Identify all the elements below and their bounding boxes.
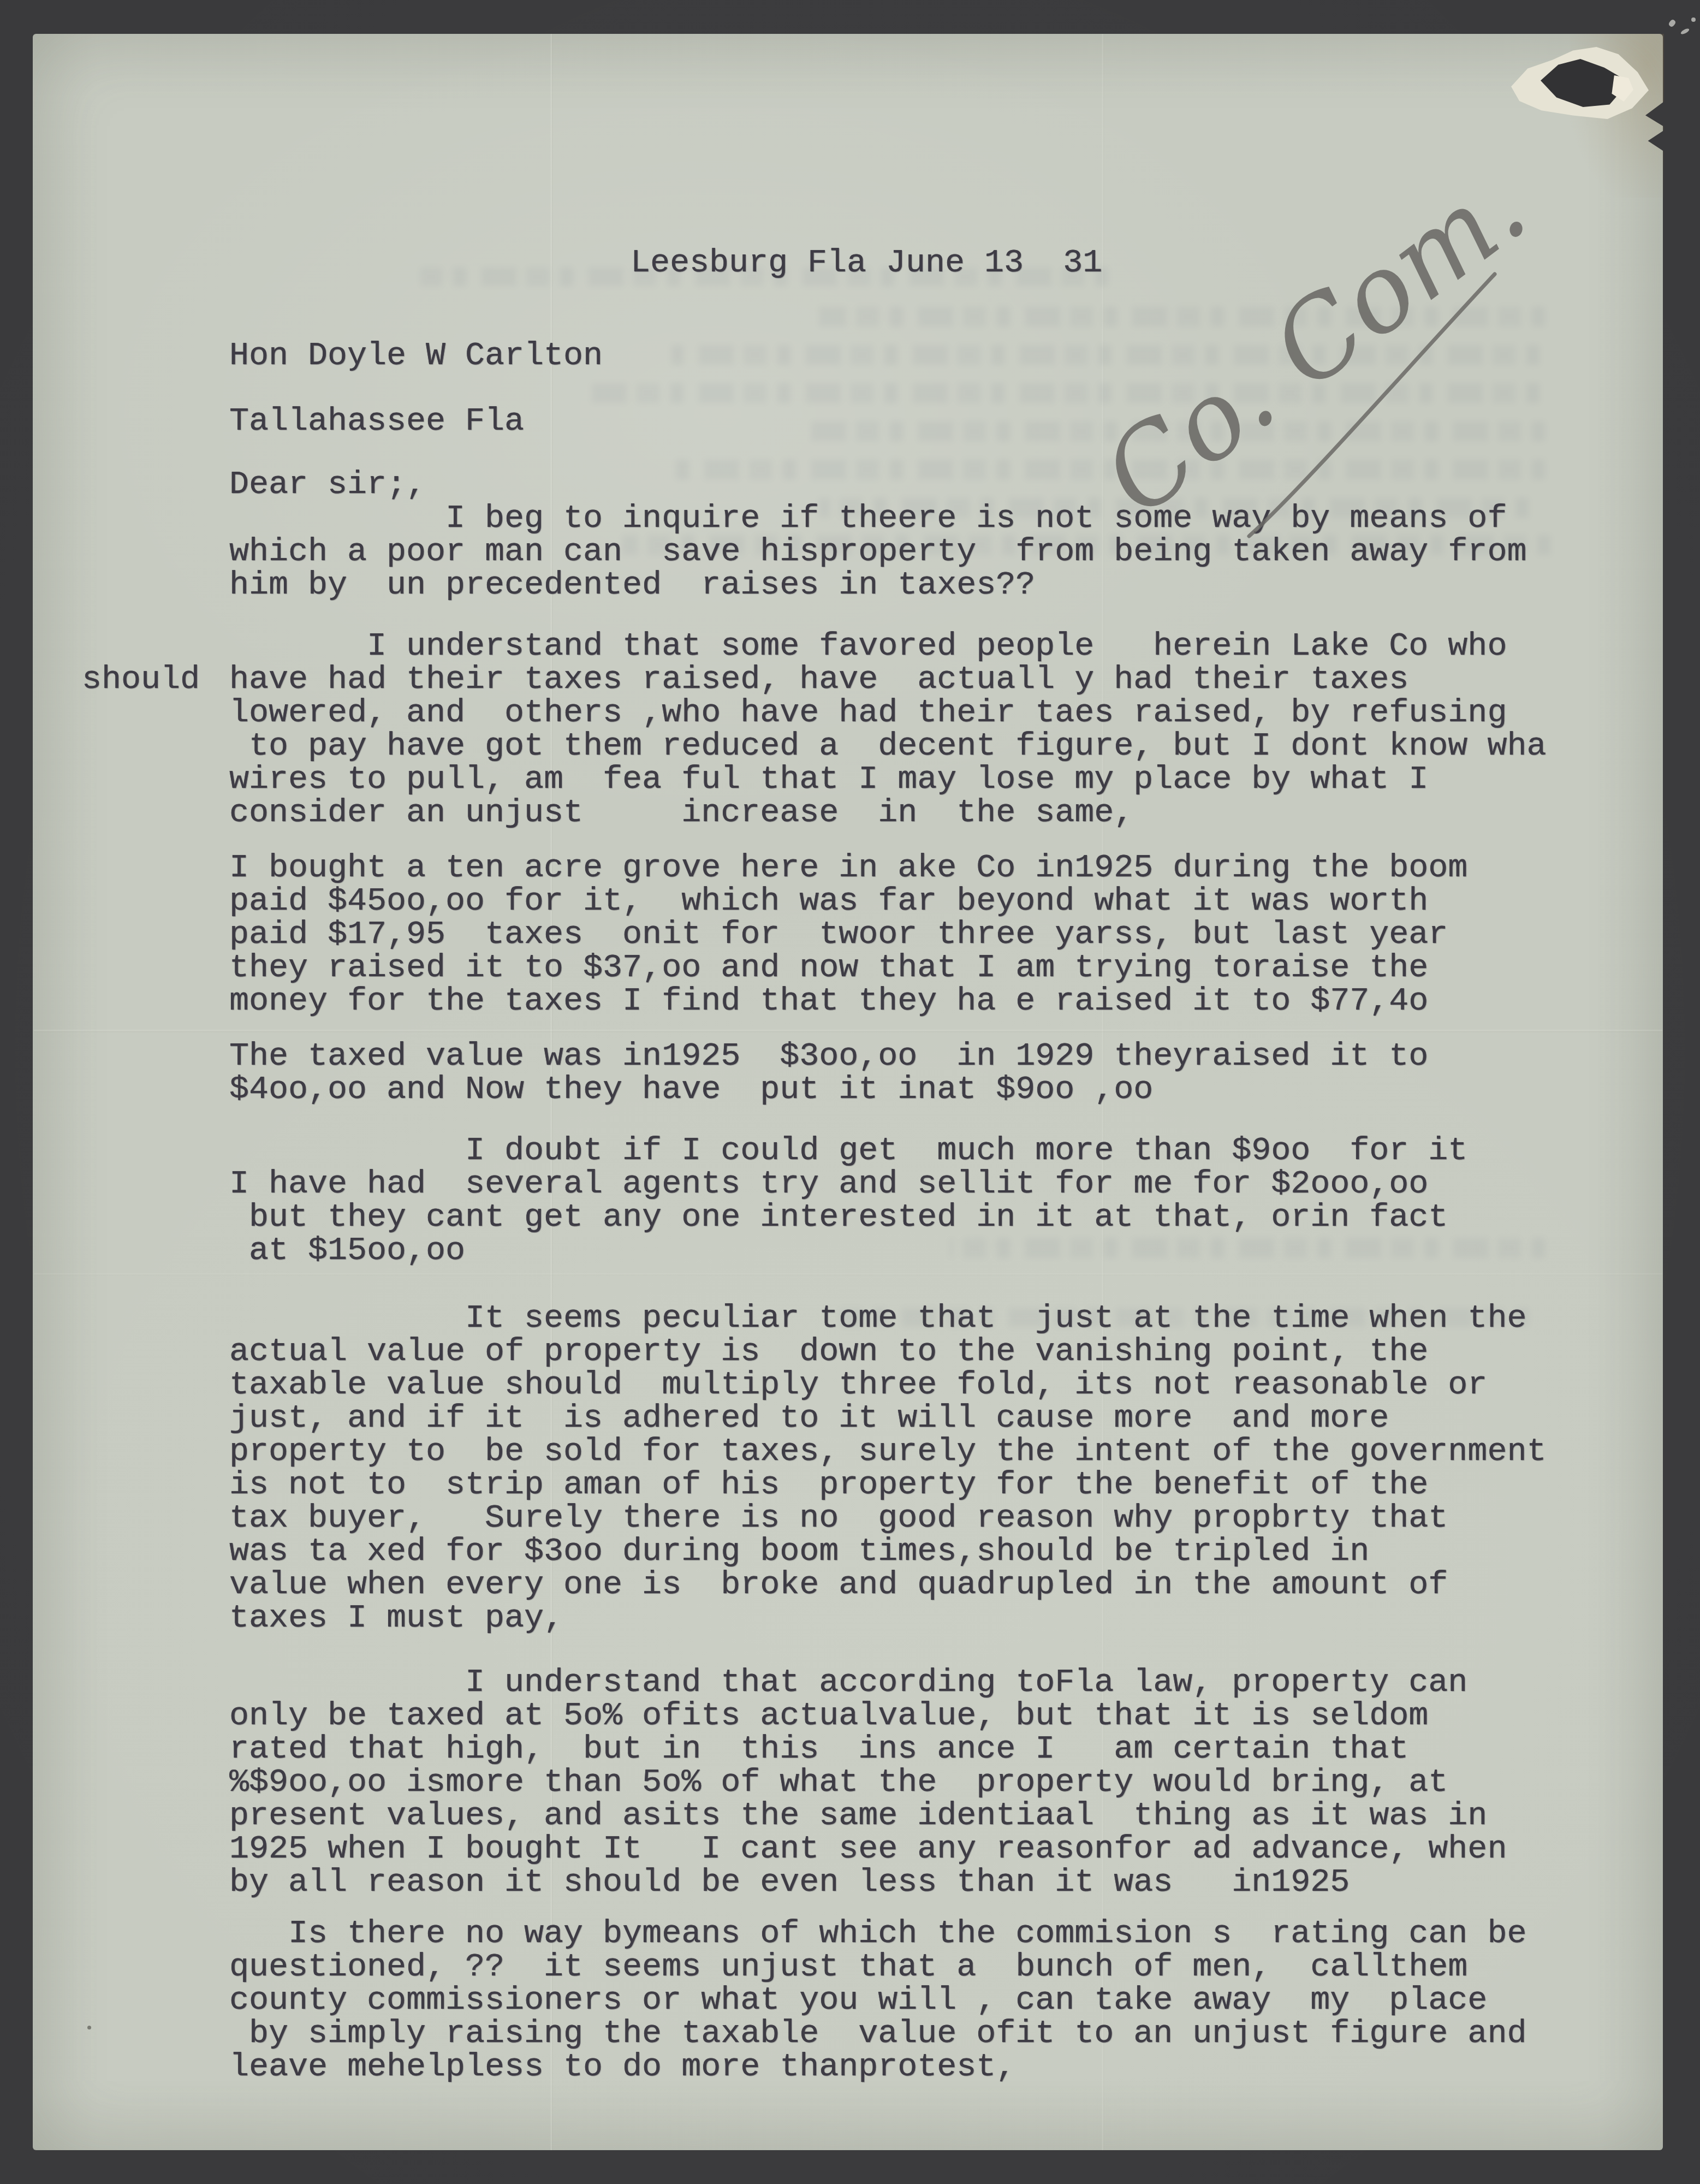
salutation: Dear sir;, xyxy=(229,468,426,502)
paragraph-7: I understand that according toFla law, p… xyxy=(229,1666,1507,1900)
pencil-annotation: Co. Com. xyxy=(1119,175,1512,557)
paragraph-5: I doubt if I could get much more than $9… xyxy=(229,1135,1467,1268)
annotation-text: Co. Com. xyxy=(1081,145,1548,539)
paragraph-2: I understand that some favored people he… xyxy=(229,630,1546,830)
city-line: Tallahassee Fla xyxy=(229,405,524,438)
paragraph-6: It seems peculiar tome that just at the … xyxy=(229,1302,1546,1635)
dateline: Leesburg Fla June 13 31 xyxy=(631,247,1102,280)
dust-speck xyxy=(1668,19,1677,27)
recipient-line: Hon Doyle W Carlton xyxy=(229,340,603,373)
dust-speck xyxy=(1680,27,1690,35)
paragraph-8: Is there no way bymeans of which the com… xyxy=(229,1918,1526,2084)
paragraph-3: I bought a ten acre grove here in ake Co… xyxy=(229,852,1467,1018)
dust-speck xyxy=(87,2026,91,2029)
scan-background: Leesburg Fla June 13 31 Hon Doyle W Carl… xyxy=(0,0,1700,2184)
paragraph-4: The taxed value was in1925 $3oo,oo in 19… xyxy=(229,1040,1428,1107)
dust-speck xyxy=(1691,17,1696,22)
margin-note: should xyxy=(82,663,200,697)
